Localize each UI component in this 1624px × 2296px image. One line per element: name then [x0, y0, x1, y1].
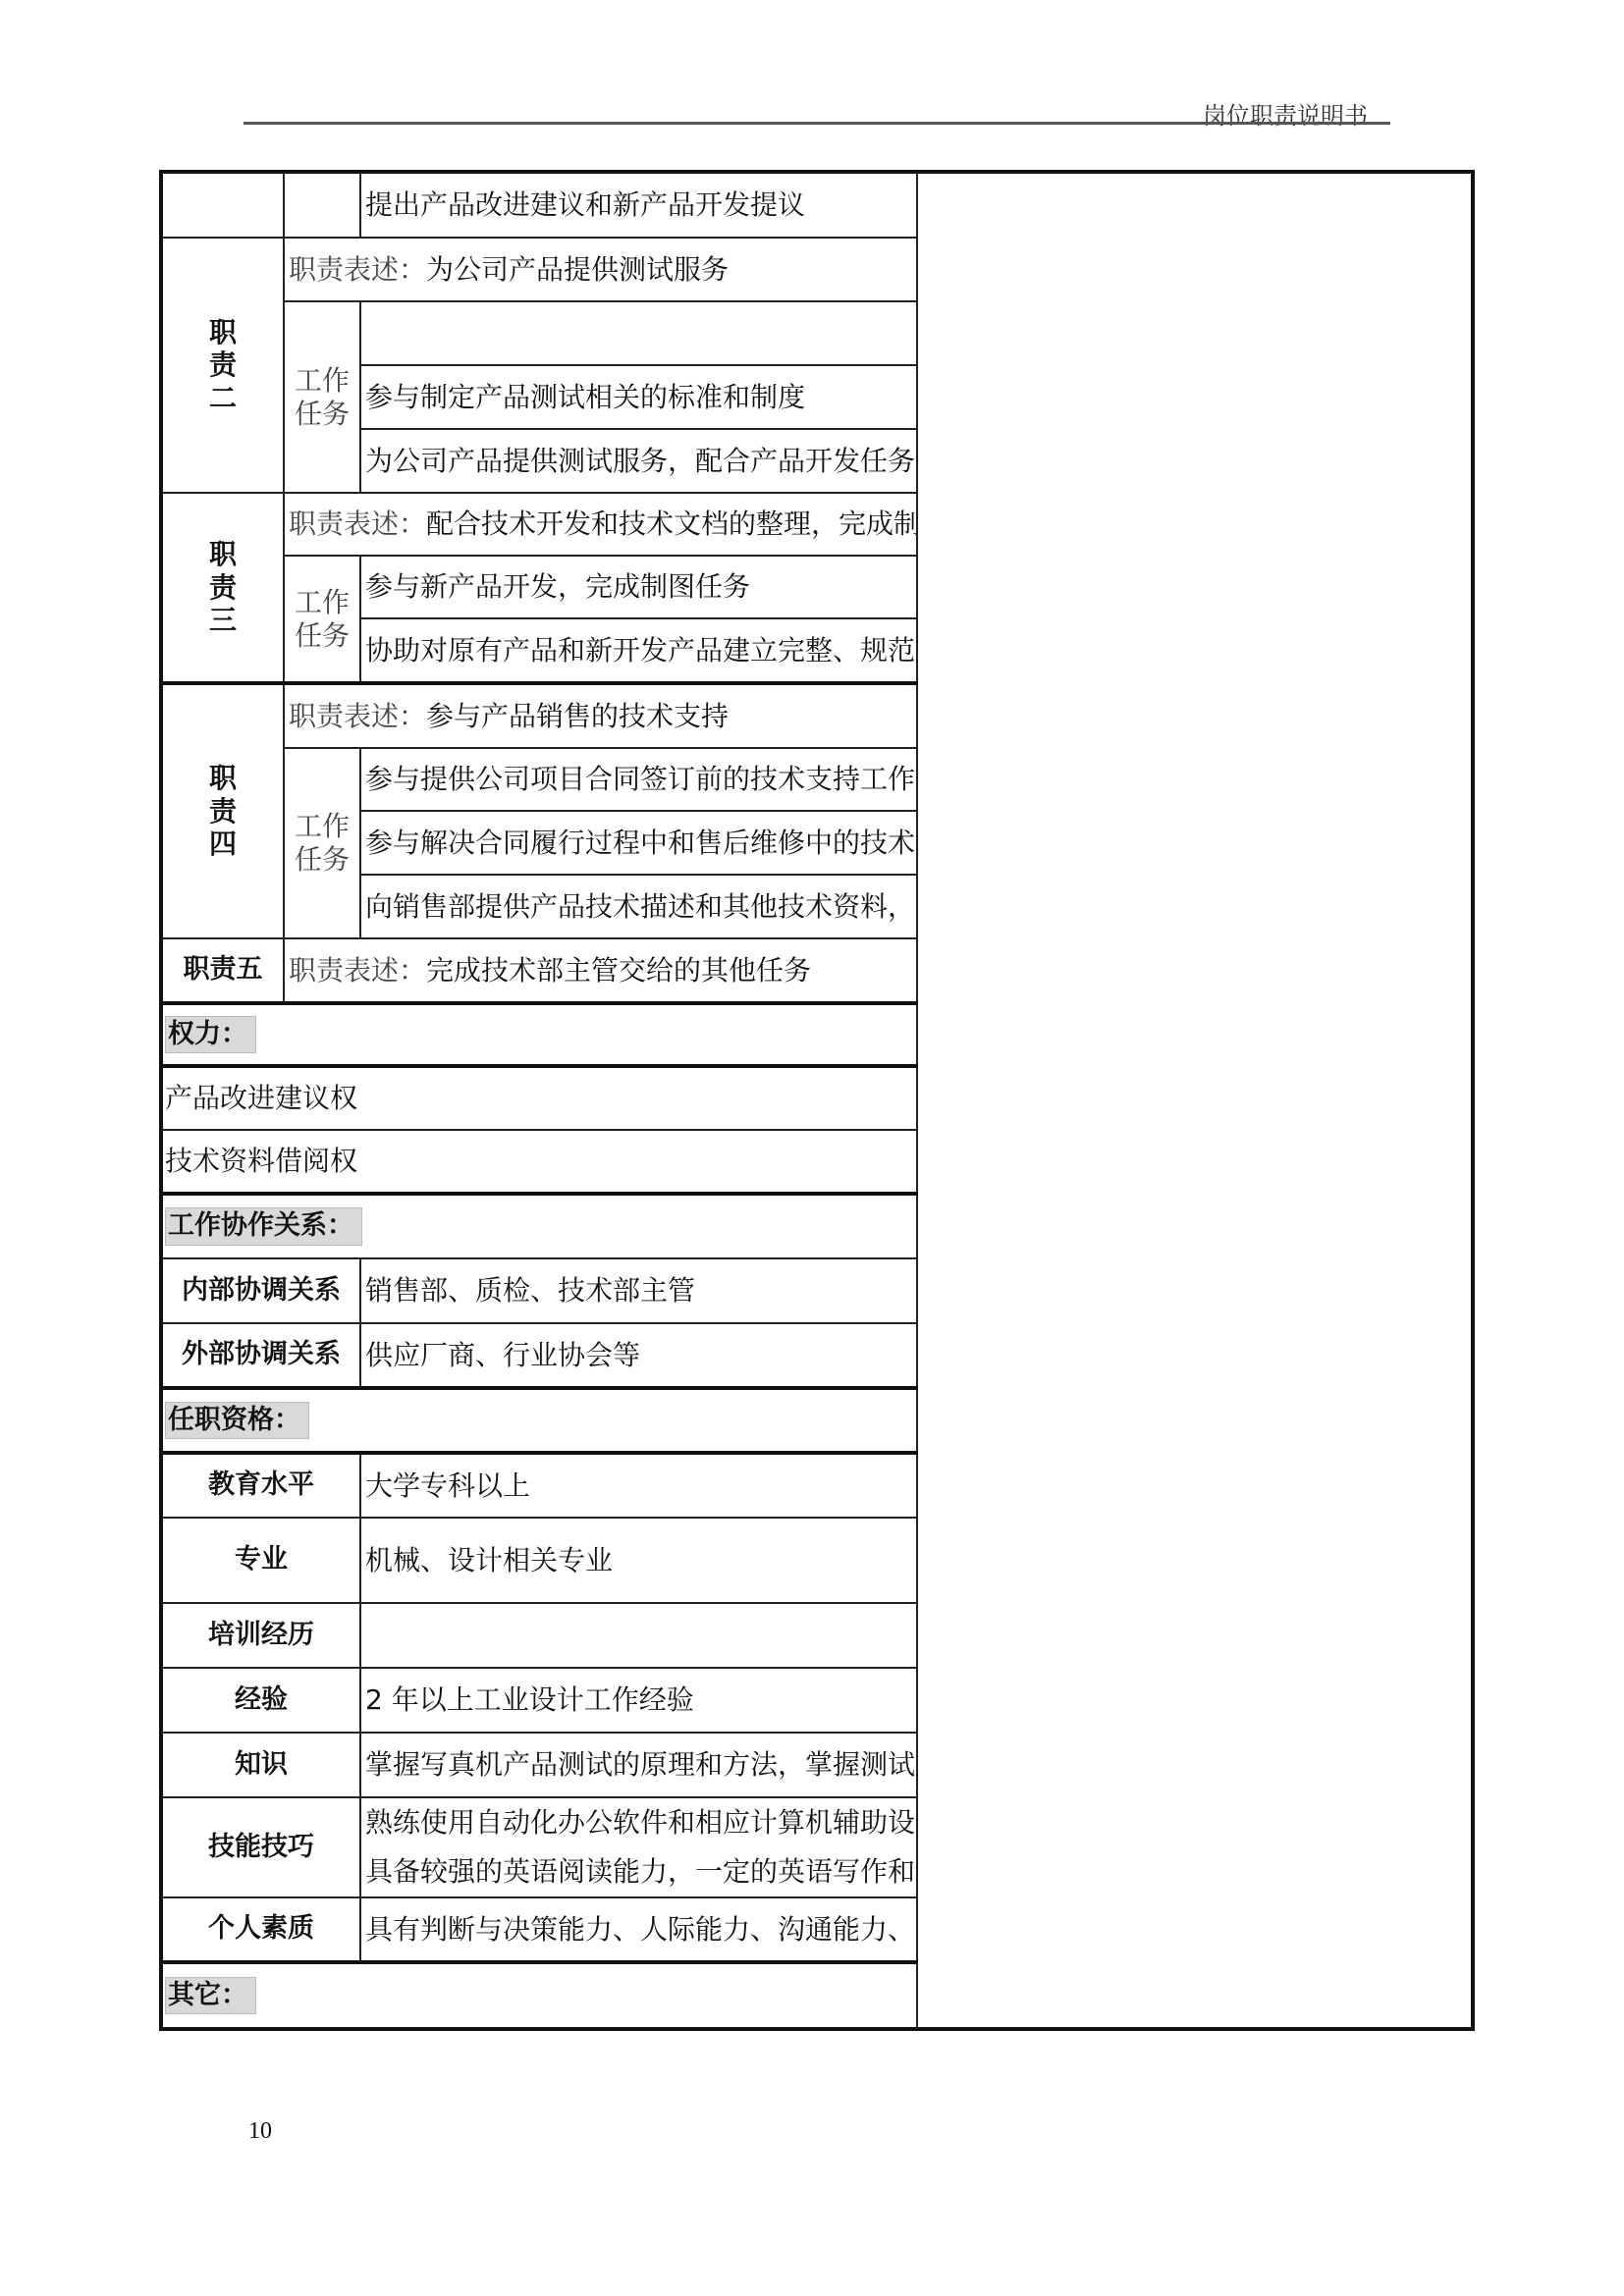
qualification-label: 培训经历 [161, 1603, 360, 1668]
duty3-task-2: 协助对原有产品和新开发产品建立完整、规范的技术文档 [360, 618, 917, 683]
duty4-task-row: 工作 任务 参与提供公司项目合同签订前的技术支持工作 [161, 748, 1473, 811]
duty5-label: 职责五 [161, 938, 284, 1003]
duty4-task-label: 工作 任务 [284, 748, 360, 938]
duty1-label-cell [161, 172, 284, 238]
qualification-row: 经验 2 年以上工业设计工作经验 [161, 1668, 1473, 1733]
document-header-title: 岗位职责说明书 [1203, 96, 1368, 131]
qualification-label: 个人素质 [161, 1897, 360, 1962]
duty4-task-3: 向销售部提供产品技术描述和其他技术资料，并参与编写培训教材和用户培训工作 [360, 875, 917, 938]
authority-item: 技术资料借阅权 [161, 1130, 917, 1194]
qualification-row: 知识 掌握写真机产品测试的原理和方法，掌握测试设备的操作和维护，掌握制图技术 [161, 1733, 1473, 1797]
relations-row: 外部协调关系 供应厂商、行业协会等 [161, 1323, 1473, 1388]
relations-row: 内部协调关系 销售部、质检、技术部主管 [161, 1258, 1473, 1323]
duty2-task-2: 参与制定产品测试相关的标准和制度 [360, 365, 917, 429]
duty3-label: 职 责 三 [161, 493, 284, 683]
qualification-row: 个人素质 具有判断与决策能力、人际能力、沟通能力、计划与执行能力 [161, 1897, 1473, 1962]
duty4-task-1: 参与提供公司项目合同签订前的技术支持工作 [360, 748, 917, 811]
qualification-value: 机械、设计相关专业 [360, 1518, 917, 1603]
duty1-tail-row: 提出产品改进建议和新产品开发提议 [161, 172, 1473, 238]
qualification-label: 知识 [161, 1733, 360, 1797]
qualification-label: 技能技巧 [161, 1797, 360, 1897]
skill-line: 熟练使用自动化办公软件和相应计算机辅助设计软件 [365, 1798, 916, 1847]
duty2-task-row: 工作 任务 [161, 301, 1473, 365]
qualification-value: 熟练使用自动化办公软件和相应计算机辅助设计软件 具备较强的英语阅读能力，一定的英… [360, 1797, 917, 1897]
duty2-task-1 [360, 301, 917, 365]
qualifications-title: 任职资格： [165, 1402, 309, 1439]
duty4-label: 职 责 四 [161, 683, 284, 938]
qualification-row: 教育水平 大学专科以上 [161, 1453, 1473, 1518]
qualification-value: 大学专科以上 [360, 1453, 917, 1518]
authority-item: 产品改进建议权 [161, 1066, 917, 1130]
qualifications-header-row: 任职资格： [161, 1388, 1473, 1453]
duty1-task: 提出产品改进建议和新产品开发提议 [360, 172, 917, 238]
other-title: 其它： [165, 1977, 256, 2014]
relations-section: 工作协作关系： [161, 1194, 917, 1258]
duty2-task-label: 工作 任务 [284, 301, 360, 493]
authority-row: 技术资料借阅权 [161, 1130, 1473, 1194]
relations-internal-value: 销售部、质检、技术部主管 [360, 1258, 917, 1323]
qualification-value: 2 年以上工业设计工作经验 [360, 1668, 917, 1733]
duty3-desc: 职责表述：配合技术开发和技术文档的整理，完成制图任务 [284, 493, 917, 556]
duty2-task-3: 为公司产品提供测试服务，配合产品开发任务或产品论证工作的完成 [360, 429, 917, 493]
header-rule [244, 122, 1390, 125]
job-description-table: 提出产品改进建议和新产品开发提议 职 责 二 职责表述：为公司产品提供测试服务 … [159, 170, 1475, 2031]
qualification-value: 掌握写真机产品测试的原理和方法，掌握测试设备的操作和维护，掌握制图技术 [360, 1733, 917, 1797]
qualifications-section: 任职资格： [161, 1388, 917, 1453]
skill-line: 具备较强的英语阅读能力，一定的英语写作和沟通能力 [365, 1847, 916, 1896]
relations-internal-label: 内部协调关系 [161, 1258, 360, 1323]
duty1-task-label-cell [284, 172, 360, 238]
qualification-label: 专业 [161, 1518, 360, 1603]
duty3-task-1: 参与新产品开发，完成制图任务 [360, 556, 917, 618]
page-number: 10 [248, 2118, 272, 2145]
duty4-desc: 职责表述：参与产品销售的技术支持 [284, 683, 917, 748]
qualification-value [360, 1603, 917, 1668]
duty2-desc: 职责表述：为公司产品提供测试服务 [284, 238, 917, 301]
qualification-value: 具有判断与决策能力、人际能力、沟通能力、计划与执行能力 [360, 1897, 917, 1962]
authority-header-row: 权力： [161, 1003, 1473, 1066]
duty2-label: 职 责 二 [161, 238, 284, 493]
duty3-task-label: 工作 任务 [284, 556, 360, 683]
other-section: 其它： [161, 1962, 917, 2029]
other-row: 其它： [161, 1962, 1473, 2029]
qualification-row: 培训经历 [161, 1603, 1473, 1668]
duty3-task-row: 工作 任务 参与新产品开发，完成制图任务 [161, 556, 1473, 618]
duty5-desc: 职责表述：完成技术部主管交给的其他任务 [284, 938, 917, 1003]
duty4-task-2: 参与解决合同履行过程中和售后维修中的技术问题 [360, 811, 917, 875]
authority-row: 产品改进建议权 [161, 1066, 1473, 1130]
qualification-row: 技能技巧 熟练使用自动化办公软件和相应计算机辅助设计软件 具备较强的英语阅读能力… [161, 1797, 1473, 1897]
duty5-row: 职责五 职责表述：完成技术部主管交给的其他任务 [161, 938, 1473, 1003]
authority-section: 权力： [161, 1003, 917, 1066]
duty4-desc-row: 职 责 四 职责表述：参与产品销售的技术支持 [161, 683, 1473, 748]
qualification-row: 专业 机械、设计相关专业 [161, 1518, 1473, 1603]
duty2-desc-row: 职 责 二 职责表述：为公司产品提供测试服务 [161, 238, 1473, 301]
relations-header-row: 工作协作关系： [161, 1194, 1473, 1258]
relations-external-label: 外部协调关系 [161, 1323, 360, 1388]
relations-external-value: 供应厂商、行业协会等 [360, 1323, 917, 1388]
qualification-label: 教育水平 [161, 1453, 360, 1518]
authority-title: 权力： [165, 1016, 256, 1053]
qualification-label: 经验 [161, 1668, 360, 1733]
duty3-desc-row: 职 责 三 职责表述：配合技术开发和技术文档的整理，完成制图任务 [161, 493, 1473, 556]
relations-title: 工作协作关系： [165, 1207, 362, 1245]
